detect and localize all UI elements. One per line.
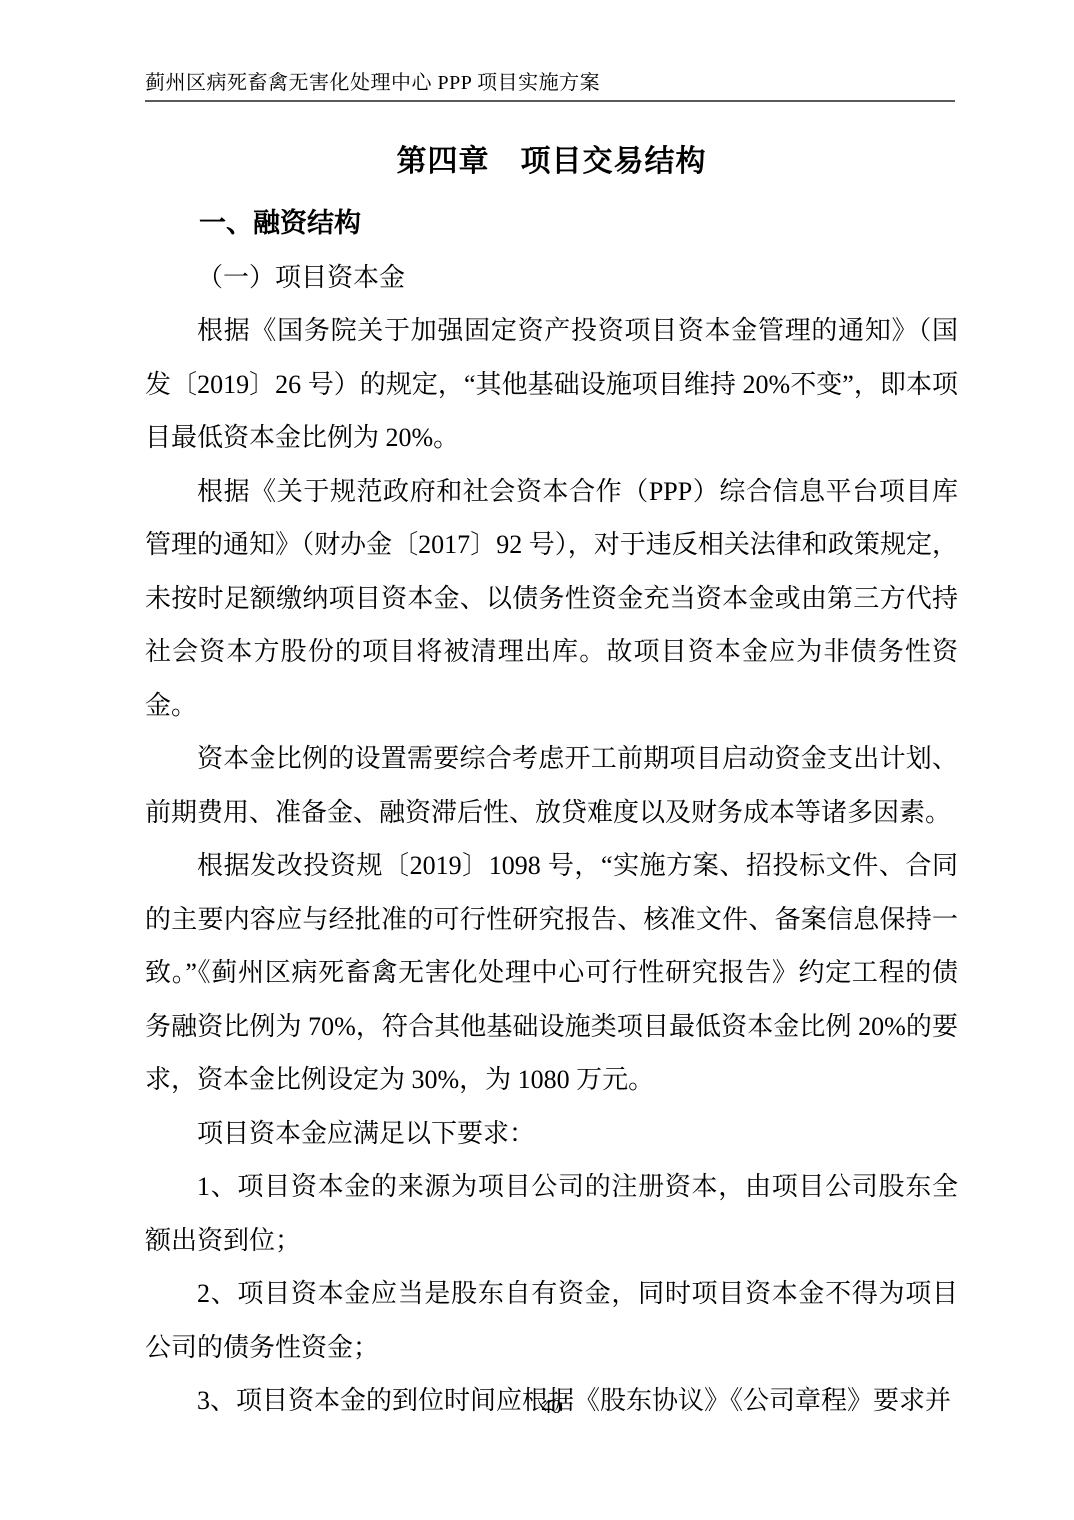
- paragraph: 资本金比例的设置需要综合考虑开工前期项目启动资金支出计划、前期费用、准备金、融资…: [145, 732, 958, 839]
- document-page: 蓟州区病死畜禽无害化处理中心 PPP 项目实施方案 第四章 项目交易结构 一、融…: [0, 0, 1074, 1520]
- paragraph: 根据《关于规范政府和社会资本合作（PPP）综合信息平台项目库管理的通知》（财办金…: [145, 465, 958, 733]
- paragraph: 根据《国务院关于加强固定资产投资项目资本金管理的通知》（国发〔2019〕26 号…: [145, 304, 958, 465]
- page-number: 40: [542, 1396, 562, 1418]
- section-heading: 一、融资结构: [145, 197, 958, 251]
- paragraph: 2、项目资本金应当是股东自有资金，同时项目资本金不得为项目公司的债务性资金；: [145, 1267, 958, 1374]
- page-header: 蓟州区病死畜禽无害化处理中心 PPP 项目实施方案: [145, 70, 955, 102]
- chapter-title: 第四章 项目交易结构: [145, 136, 958, 180]
- header-title: 蓟州区病死畜禽无害化处理中心 PPP 项目实施方案: [145, 72, 600, 94]
- page-footer: 40: [145, 1396, 958, 1419]
- paragraph: 项目资本金应满足以下要求：: [145, 1107, 958, 1161]
- paragraph: 根据发改投资规〔2019〕1098 号，“实施方案、招投标文件、合同的主要内容应…: [145, 839, 958, 1107]
- document-body: 一、融资结构（一）项目资本金根据《国务院关于加强固定资产投资项目资本金管理的通知…: [145, 197, 958, 1428]
- section-heading: （一）项目资本金: [145, 251, 958, 305]
- paragraph: 1、项目资本金的来源为项目公司的注册资本，由项目公司股东全额出资到位；: [145, 1160, 958, 1267]
